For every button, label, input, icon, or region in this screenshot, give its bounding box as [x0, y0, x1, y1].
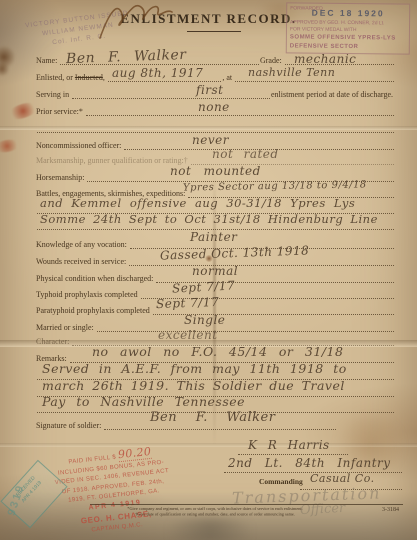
handwritten-marksmanship: not rated	[212, 147, 279, 161]
dotted-line	[235, 81, 394, 82]
handwritten-battles-3: Somme 24th Sept to Oct 31st/18 Hindenbur…	[40, 212, 378, 226]
handwritten-prior-service: none	[198, 100, 230, 114]
field-enlisted-row: Enlisted, or Inducted, , at	[36, 73, 395, 82]
field-label: Signature of soldier:	[36, 422, 103, 430]
handwritten-remarks-3: march 26th 1919. This Soldier due Travel	[42, 378, 345, 393]
stamp-line: DEFENSIVE SECTOR	[290, 42, 406, 52]
dotted-line	[104, 429, 336, 430]
handwritten-officer-signature: K R Harris	[248, 438, 330, 452]
field-label: Typhoid prophylaxis completed	[36, 291, 140, 299]
footnote-2: †Give date of qualification or rating an…	[98, 513, 332, 519]
handwritten-character: excellent	[158, 328, 218, 342]
field-label: Prior service:*	[36, 108, 85, 116]
stain-red-wax	[7, 100, 40, 123]
handwritten-paratyphoid: Sept 7/17	[156, 295, 220, 311]
blank-row	[36, 124, 395, 133]
field-label: Wounds received in service:	[36, 258, 128, 266]
dotted-line	[72, 98, 270, 99]
handwritten-horsemanship: not mounted	[170, 164, 261, 178]
struck-word: Inducted	[75, 73, 103, 82]
stain-blob	[0, 62, 10, 76]
handwritten-enlist-place: nashville Tenn	[248, 66, 335, 79]
dotted-line	[129, 265, 394, 266]
stain-blob	[0, 46, 16, 68]
field-label: , at	[222, 74, 234, 82]
handwritten-officer-rank: 2nd Lt. 84th Infantry	[228, 456, 391, 470]
footnotes: *Give company and regiment, or arm or st…	[98, 507, 332, 518]
field-label: Grade:	[260, 57, 284, 65]
handwritten-remarks-2: Served in A.E.F. from may 11th 1918 to	[42, 361, 347, 376]
paid-in-full-stamp: PAID IN FULL $ 90.20 INCLUDING $60 BONUS…	[52, 441, 175, 539]
field-label: Enlisted, or Inducted,	[36, 74, 107, 82]
handwritten-vocation: Painter	[190, 230, 237, 244]
field-label: Noncommissioned officer:	[36, 142, 123, 150]
dotted-line	[97, 331, 394, 332]
form-number: 3-3184	[382, 507, 399, 513]
field-label: Serving in	[36, 91, 71, 99]
handwritten-remarks-4: Pay to Nashville Tennessee	[42, 394, 245, 409]
field-label: Paratyphoid prophylaxis completed	[36, 307, 152, 315]
handwritten-serving: first	[196, 83, 224, 97]
field-label: enlistment period at date of discharge.	[271, 91, 395, 99]
field-label: Horsemanship:	[36, 174, 86, 182]
handwritten-enlist-date: aug 8th, 1917	[112, 66, 203, 80]
handwritten-grade: mechanic	[294, 52, 356, 66]
fold-crease	[0, 443, 417, 447]
handwritten-nco: never	[192, 133, 229, 147]
handwritten-physical: normal	[192, 264, 238, 278]
field-label: Marksmanship, gunner qualification or ra…	[36, 157, 190, 165]
signature-line	[238, 453, 348, 455]
enlistment-record-document: ENLISTMENT RECORD. VICTORY BUTTON ISSUED…	[0, 0, 417, 540]
dotted-line	[108, 81, 221, 82]
field-label: Character:	[36, 338, 71, 346]
handwritten-soldier-signature: Ben F. Walker	[150, 410, 275, 425]
footer-rule	[90, 504, 403, 505]
title-underline	[187, 31, 241, 32]
stain-red-wax	[0, 138, 21, 154]
handwritten-remarks-1: no awol no F.O. 45/14 or 31/18	[92, 344, 343, 359]
ink-scrawl	[92, 0, 187, 50]
field-label: Name:	[36, 57, 59, 65]
forwarded-approval-stamp: FORWARDED DEC 18 1920 APPROVED BY GEO. H…	[286, 2, 411, 55]
commanding-label: Commanding	[259, 477, 303, 486]
handwritten-battles-2: and Kemmel offensive aug 30-31/18 Ypres …	[40, 196, 355, 210]
dotted-line	[86, 115, 394, 116]
field-label: Physical condition when discharged:	[36, 275, 155, 283]
handwritten-married: Single	[184, 313, 225, 327]
field-label: Married or single:	[36, 324, 96, 332]
field-label: Knowledge of any vocation:	[36, 241, 129, 249]
